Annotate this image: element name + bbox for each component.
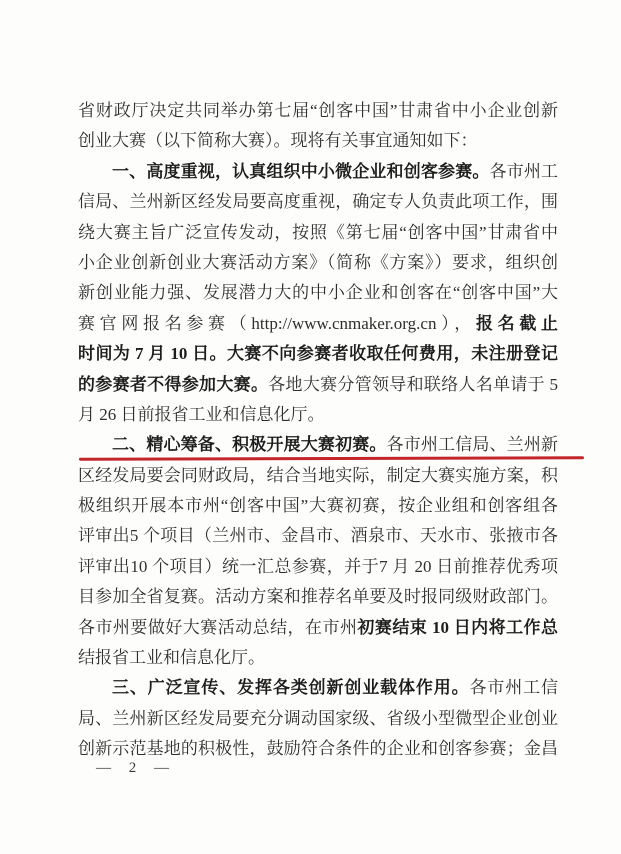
emphasized-text-segment: 时间为 7 月 10 日。大赛不向参赛者收取任何费用，未注册登记: [78, 344, 558, 363]
text-segment: 绕大赛主旨广泛宣传发动，按照《第七届“创客中国”甘肃省中: [78, 223, 558, 242]
text-line: 评审出5 个项目（兰州市、金昌市、酒泉市、天水市、张掖市各: [78, 521, 558, 551]
text-line: 赛官网报名参赛（http://www.cnmaker.org.cn），报名截止: [78, 309, 558, 339]
emphasized-text-segment: 二、精心筹备、积极开展大赛初赛。: [112, 435, 387, 454]
text-segment: 创新示范基地的积极性，鼓励符合条件的企业和创客参赛；金昌: [78, 739, 558, 758]
text-line: 各市州要做好大赛活动总结，在市州初赛结束 10 日内将工作总: [78, 613, 558, 643]
text-segment: 目参加全省复赛。活动方案和推荐名单要及时报同级财政部门。: [78, 587, 558, 606]
emphasized-text-segment: 初赛结束 10 日内将工作总: [357, 618, 558, 637]
text-line: 月 26 日前报省工业和信息化厅。: [78, 400, 558, 430]
text-segment: 区经发局要会同财政局，结合当地实际，制定大赛实施方案，积: [78, 466, 558, 485]
text-segment: 极组织开展本市州“创客中国”大赛初赛，按企业组和创客组各: [78, 496, 558, 515]
text-line: 二、精心筹备、积极开展大赛初赛。各市州工信局、兰州新: [78, 430, 558, 460]
text-segment: 新创业能力强、发展潜力大的中小企业和创客在“创客中国”大: [78, 283, 558, 302]
text-line: 一、高度重视，认真组织中小微企业和创客参赛。各市州工: [78, 157, 558, 187]
text-segment: 评审出10 个项目）统一汇总参赛，并于7 月 20 日前推荐优秀项: [78, 557, 558, 576]
text-segment: 局、兰州新区经发局要充分调动国家级、省级小型微型企业创业: [78, 709, 558, 728]
text-line: 极组织开展本市州“创客中国”大赛初赛，按企业组和创客组各: [78, 491, 558, 521]
text-line: 时间为 7 月 10 日。大赛不向参赛者收取任何费用，未注册登记: [78, 339, 558, 369]
text-segment: 结报省工业和信息化厅。: [78, 648, 265, 667]
text-segment: 月 26 日前报省工业和信息化厅。: [78, 405, 325, 424]
text-segment: 信局、兰州新区经发局要高度重视，确定专人负责此项工作，围: [78, 192, 558, 211]
emphasized-text-segment: 一、高度重视，认真组织中小微企业和创客参赛。: [112, 162, 490, 181]
emphasized-text-segment: 的参赛者不得参加大赛。: [78, 375, 268, 394]
text-line: 小企业创新创业大赛活动方案》（简称《方案》）要求，组织创: [78, 248, 558, 278]
emphasized-text-segment: 报名截止: [476, 314, 558, 333]
text-line: 创业大赛（以下简称大赛）。现将有关事宜通知如下：: [78, 126, 558, 156]
emphasized-text-segment: 三、广泛宣传、发挥各类创新创业载体作用。: [112, 678, 470, 697]
text-segment: 评审出5 个项目（兰州市、金昌市、酒泉市、天水市、张掖市各: [78, 526, 558, 545]
text-segment: 创业大赛（以下简称大赛）。现将有关事宜通知如下：: [78, 131, 478, 150]
document-page: 省财政厅决定共同举办第七届“创客中国”甘肃省中小企业创新创业大赛（以下简称大赛）…: [0, 0, 621, 854]
text-segment: 各地大赛分管领导和联络人名单请于 5: [268, 375, 558, 394]
text-block: 省财政厅决定共同举办第七届“创客中国”甘肃省中小企业创新创业大赛（以下简称大赛）…: [78, 96, 558, 765]
text-segment: 小企业创新创业大赛活动方案》（简称《方案》）要求，组织创: [78, 253, 558, 272]
text-line: 区经发局要会同财政局，结合当地实际，制定大赛实施方案，积: [78, 461, 558, 491]
text-segment: 各市州工信: [470, 678, 559, 697]
text-segment: 赛官网报名参赛（http://www.cnmaker.org.cn），: [78, 314, 476, 333]
page-number: — 2 —: [96, 760, 176, 777]
text-line: 评审出10 个项目）统一汇总参赛，并于7 月 20 日前推荐优秀项: [78, 552, 558, 582]
text-line: 信局、兰州新区经发局要高度重视，确定专人负责此项工作，围: [78, 187, 558, 217]
text-line: 的参赛者不得参加大赛。各地大赛分管领导和联络人名单请于 5: [78, 370, 558, 400]
text-line: 省财政厅决定共同举办第七届“创客中国”甘肃省中小企业创新: [78, 96, 558, 126]
text-line: 局、兰州新区经发局要充分调动国家级、省级小型微型企业创业: [78, 704, 558, 734]
text-line: 绕大赛主旨广泛宣传发动，按照《第七届“创客中国”甘肃省中: [78, 218, 558, 248]
text-line: 三、广泛宣传、发挥各类创新创业载体作用。各市州工信: [78, 673, 558, 703]
text-line: 目参加全省复赛。活动方案和推荐名单要及时报同级财政部门。: [78, 582, 558, 612]
text-line: 新创业能力强、发展潜力大的中小企业和创客在“创客中国”大: [78, 278, 558, 308]
text-segment: 各市州工信局、兰州新: [387, 435, 558, 454]
text-segment: 省财政厅决定共同举办第七届“创客中国”甘肃省中小企业创新: [78, 101, 558, 120]
text-segment: 各市州要做好大赛活动总结，在市州: [78, 618, 357, 637]
text-line: 结报省工业和信息化厅。: [78, 643, 558, 673]
text-segment: 各市州工: [490, 162, 558, 181]
